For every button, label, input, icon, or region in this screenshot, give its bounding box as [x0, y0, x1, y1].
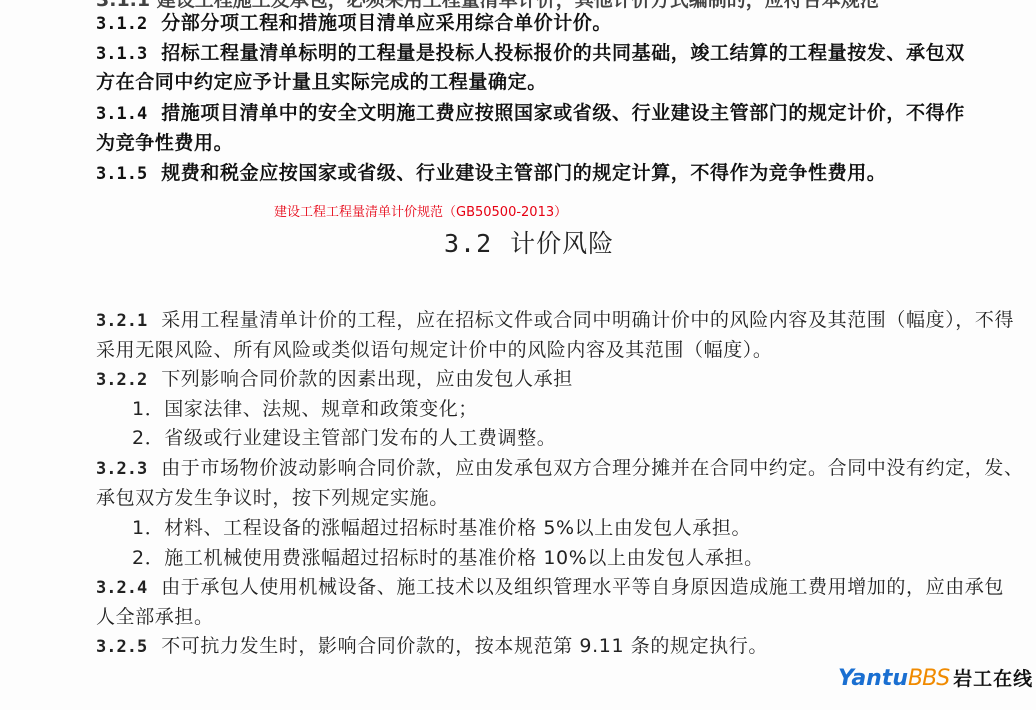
clause-text: 采用工程量清单计价的工程，应在招标文件或合同中明确计价中的风险内容及其范围（幅度… — [161, 309, 1014, 331]
clause-3-1-2: 3.1.2分部分项工程和措施项目清单应采用综合单价计价。 — [96, 11, 612, 36]
clause-number: 3.2.5 — [96, 637, 147, 657]
clause-number: 3.2.2 — [96, 370, 147, 390]
clause-3-2-4-cont: 人全部承担。 — [96, 605, 214, 629]
clause-number: 3.2.4 — [96, 578, 147, 598]
section-heading: 3.2计价风险 — [444, 228, 614, 260]
clause-3-1-5: 3.1.5规费和税金应按国家或省级、行业建设主管部门的规定计算，不得作为竞争性费… — [96, 161, 886, 186]
clause-text: 由于市场物价波动影响合同价款，应由发承包双方合理分摊并在合同中约定。合同中没有约… — [161, 457, 1023, 479]
source-note: 建设工程工程量清单计价规范（GB50500-2013） — [274, 201, 567, 220]
list-item: 1．国家法律、法规、规章和政策变化； — [132, 397, 478, 421]
list-item: 2．施工机械使用费涨幅超过招标时的基准价格 10%以上由发包人承担。 — [132, 546, 764, 570]
clause-number: 3.1.4 — [96, 104, 147, 124]
clause-3-2-3-cont: 承包双方发生争议时，按下列规定实施。 — [96, 486, 449, 510]
clause-3-1-4: 3.1.4措施项目清单中的安全文明施工费应按照国家或省级、行业建设主管部门的规定… — [96, 101, 965, 126]
list-item: 2．省级或行业建设主管部门发布的人工费调整。 — [132, 426, 556, 450]
clause-number: 3.2.3 — [96, 459, 147, 479]
clause-3-2-1-cont: 采用无限风险、所有风险或类似语句规定计价中的风险内容及其范围（幅度）。 — [96, 338, 773, 362]
heading-title: 计价风险 — [510, 229, 614, 258]
clause-number: 3.1.2 — [96, 14, 147, 34]
clause-text: 招标工程量清单标明的工程量是投标人投标报价的共同基础，竣工结算的工程量按发、承包… — [161, 42, 965, 64]
heading-number: 3.2 — [444, 229, 492, 258]
clause-3-1-4-cont: 为竞争性费用。 — [96, 131, 233, 155]
clause-3-1-3-cont: 方在合同中约定应予计量且实际完成的工程量确定。 — [96, 70, 547, 94]
clause-number: 3.2.1 — [96, 311, 147, 331]
clause-3-2-1: 3.2.1采用工程量清单计价的工程，应在招标文件或合同中明确计价中的风险内容及其… — [96, 308, 1014, 333]
clause-3-2-3: 3.2.3由于市场物价波动影响合同价款，应由发承包双方合理分摊并在合同中约定。合… — [96, 456, 1024, 481]
clause-3-2-5: 3.2.5不可抗力发生时，影响合同价款的，按本规范第 9.11 条的规定执行。 — [96, 634, 768, 659]
clause-text: 不可抗力发生时，影响合同价款的，按本规范第 9.11 条的规定执行。 — [161, 635, 768, 657]
clause-3-1-3: 3.1.3招标工程量清单标明的工程量是投标人投标报价的共同基础，竣工结算的工程量… — [96, 41, 965, 66]
clause-text: 下列影响合同价款的因素出现，应由发包人承担 — [161, 368, 573, 390]
clause-text: 由于承包人使用机械设备、施工技术以及组织管理水平等自身原因造成施工费用增加的，应… — [161, 576, 1004, 598]
logo-bbs: BBS — [908, 666, 949, 691]
clause-3-2-2: 3.2.2下列影响合同价款的因素出现，应由发包人承担 — [96, 367, 573, 392]
list-item: 1．材料、工程设备的涨幅超过招标时基准价格 5%以上由发包人承担。 — [132, 516, 751, 540]
logo-cn: 岩工在线 — [953, 668, 1033, 690]
logo-latin: Yantu — [838, 666, 908, 691]
clause-number: 3.1.3 — [96, 44, 147, 64]
clause-3-2-4: 3.2.4由于承包人使用机械设备、施工技术以及组织管理水平等自身原因造成施工费用… — [96, 575, 1004, 600]
clause-number: 3.1.5 — [96, 164, 147, 184]
clause-text: 规费和税金应按国家或省级、行业建设主管部门的规定计算，不得作为竞争性费用。 — [161, 162, 886, 184]
yantubbs-logo: YantuBBS岩工在线 — [838, 664, 1033, 691]
clause-text: 分部分项工程和措施项目清单应采用综合单价计价。 — [161, 12, 612, 34]
clause-text: 措施项目清单中的安全文明施工费应按照国家或省级、行业建设主管部门的规定计价，不得… — [161, 102, 965, 124]
